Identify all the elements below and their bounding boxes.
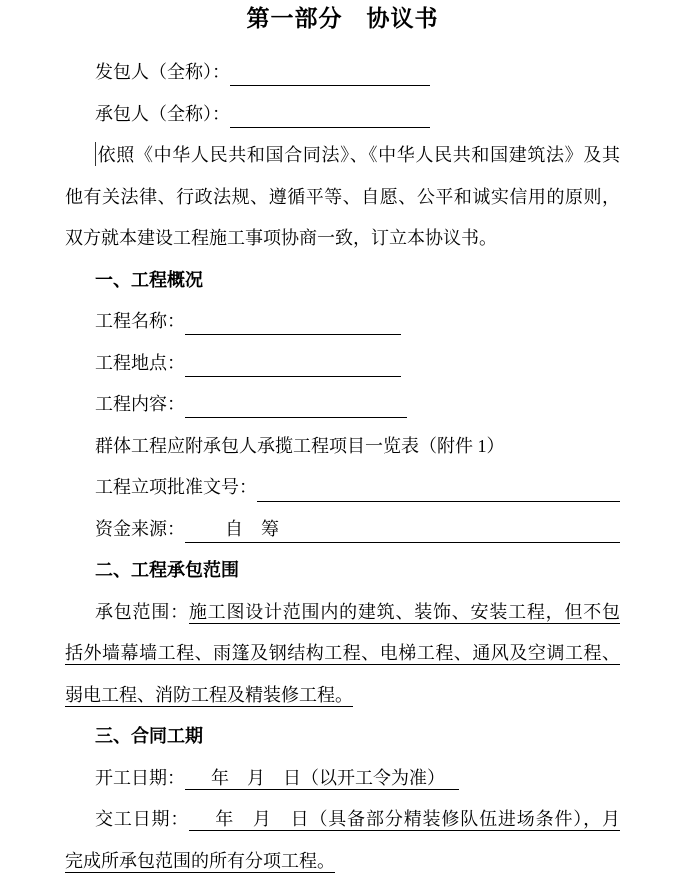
employer-label: 发包人（全称）：: [95, 62, 230, 82]
handover-continuation-line: 完成所承包范围的所有分项工程。: [65, 841, 620, 883]
scope-line-1: 承包范围：施工图设计范围内的建筑、装饰、安装工程，但不包: [65, 592, 620, 634]
scope-value-1: 施工图设计范围内的建筑、装饰、安装工程，但不包: [189, 602, 620, 624]
employer-row: 发包人（全称）：: [65, 52, 620, 94]
preamble-line-3: 双方就本建设工程施工事项协商一致，订立本协议书。: [65, 218, 620, 260]
project-content-label: 工程内容：: [95, 394, 185, 414]
scope-value-3: 弱电工程、消防工程及精装修工程。: [65, 685, 353, 707]
text-caret-icon: [95, 142, 96, 166]
handover-date-label: 交工日期：: [95, 809, 189, 829]
project-content-blank-field[interactable]: [185, 417, 407, 418]
start-date-value: 年 月 日（以开工令为准）: [185, 768, 459, 790]
scope-line-2: 括外墙幕墙工程、雨篷及钢结构工程、电梯工程、通风及空调工程、: [65, 633, 620, 675]
start-date-row: 开工日期：年 月 日（以开工令为准）: [65, 758, 620, 800]
section-overview-heading: 一、工程概况: [65, 260, 620, 302]
preamble-text-1: 依照《中华人民共和国合同法》、《中华人民共和国建筑法》及其: [97, 145, 620, 165]
scope-label: 承包范围：: [95, 602, 189, 622]
employer-blank-field[interactable]: [230, 85, 430, 86]
contractor-blank-field[interactable]: [230, 127, 430, 128]
section-duration-heading: 三、合同工期: [65, 716, 620, 758]
project-location-label: 工程地点：: [95, 353, 185, 373]
funding-source-field[interactable]: 自 筹: [185, 509, 620, 551]
document-title: 第一部分 协议书: [65, 4, 620, 34]
funding-source-value: 自 筹: [185, 519, 279, 539]
approval-number-row: 工程立项批准文号：: [65, 467, 620, 509]
document-page: 第一部分 协议书 发包人（全称）： 承包人（全称）： 依照《中华人民共和国合同法…: [0, 0, 687, 887]
approval-number-blank-field[interactable]: [257, 467, 620, 509]
approval-number-label: 工程立项批准文号：: [95, 467, 257, 509]
handover-date-row: 交工日期：年 月 日（具备部分精装修队伍进场条件），月 日: [65, 799, 620, 841]
start-date-label: 开工日期：: [95, 768, 185, 788]
project-location-row: 工程地点：: [65, 343, 620, 385]
group-project-note: 群体工程应附承包人承揽工程项目一览表（附件 1）: [65, 426, 620, 468]
project-content-row: 工程内容：: [65, 384, 620, 426]
preamble-line-2: 他有关法律、行政法规、遵循平等、自愿、公平和诚实信用的原则，: [65, 177, 620, 219]
funding-source-label: 资金来源：: [95, 509, 185, 551]
section-scope-heading: 二、工程承包范围: [65, 550, 620, 592]
project-name-row: 工程名称：: [65, 301, 620, 343]
contractor-row: 承包人（全称）：: [65, 94, 620, 136]
document-body[interactable]: 第一部分 协议书 发包人（全称）： 承包人（全称）： 依照《中华人民共和国合同法…: [0, 0, 687, 882]
scope-value-2: 括外墙幕墙工程、雨篷及钢结构工程、电梯工程、通风及空调工程、: [65, 643, 620, 665]
handover-continuation-text: 完成所承包范围的所有分项工程。: [65, 851, 335, 873]
project-location-blank-field[interactable]: [185, 376, 401, 377]
project-name-label: 工程名称：: [95, 311, 185, 331]
preamble-line-1: 依照《中华人民共和国合同法》、《中华人民共和国建筑法》及其: [65, 135, 620, 177]
funding-source-row: 资金来源：自 筹: [65, 509, 620, 551]
project-name-blank-field[interactable]: [185, 334, 401, 335]
contractor-label: 承包人（全称）：: [95, 104, 230, 124]
scope-line-3: 弱电工程、消防工程及精装修工程。: [65, 675, 620, 717]
